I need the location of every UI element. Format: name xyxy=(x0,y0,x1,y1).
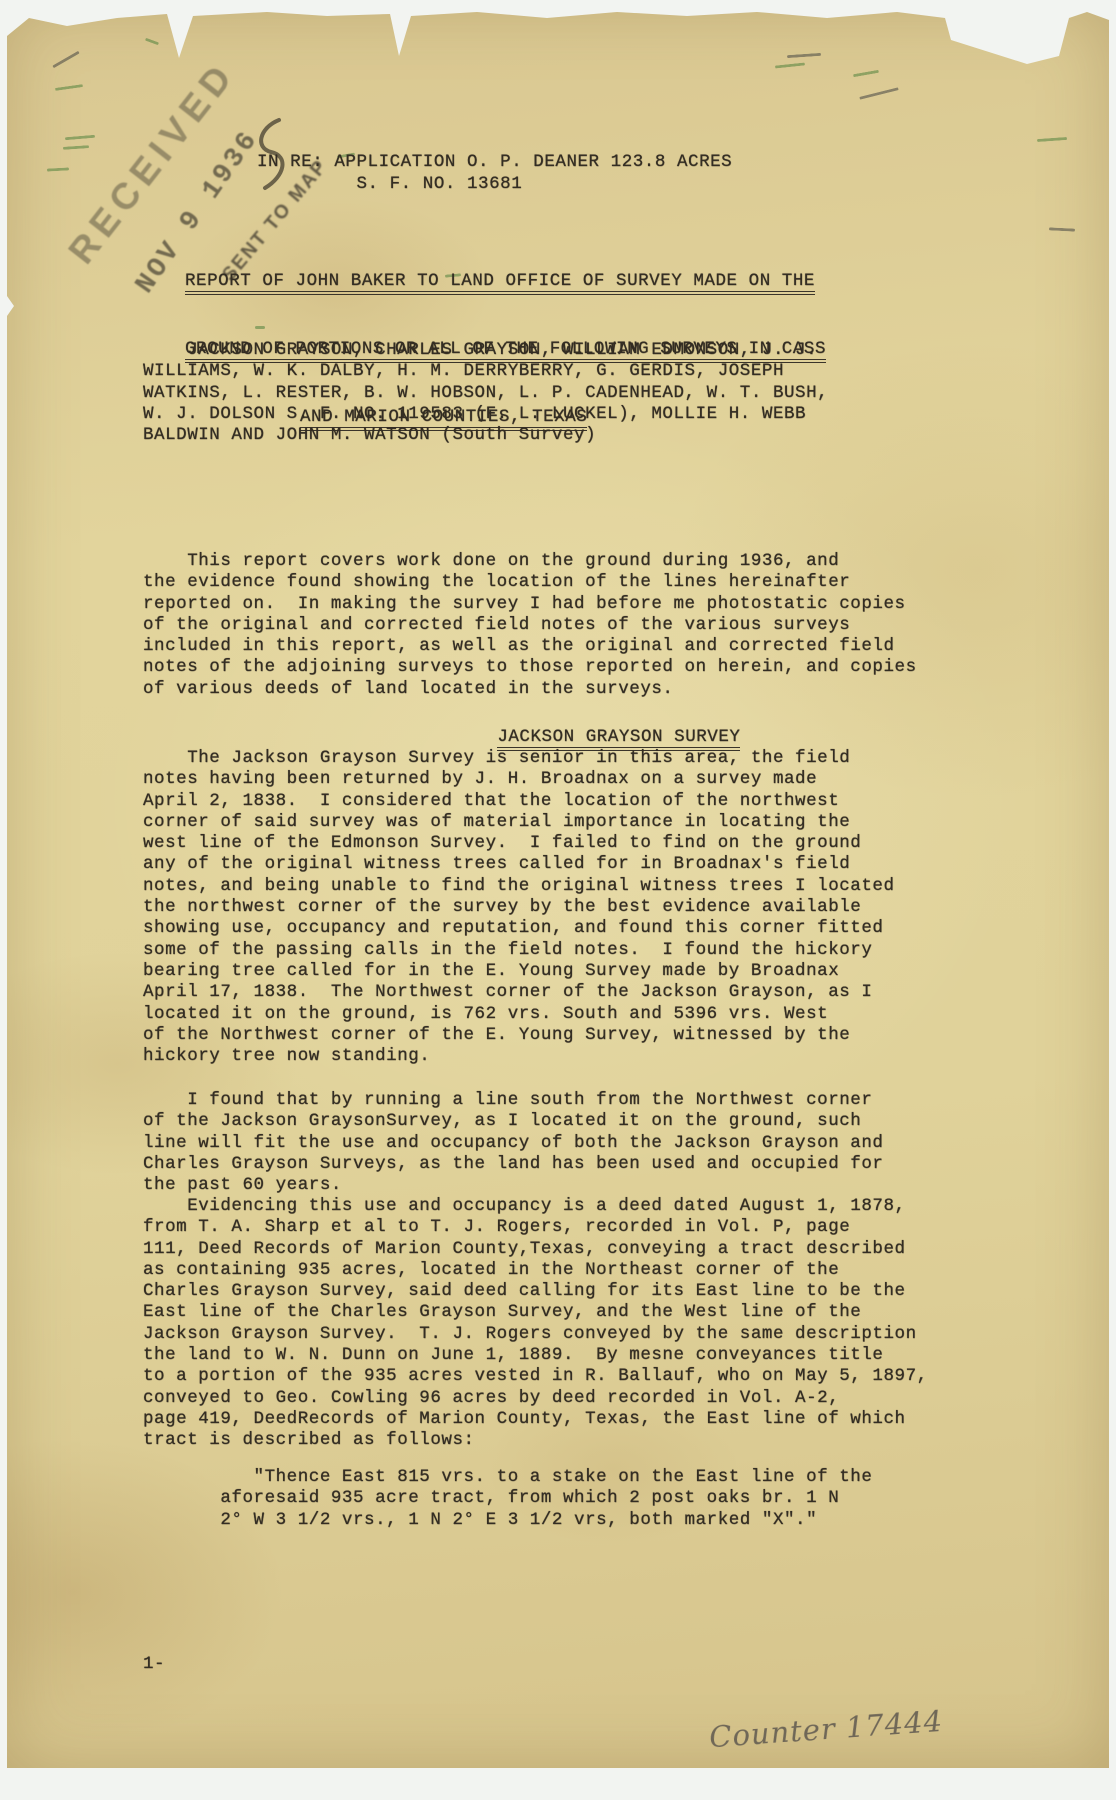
green-mark xyxy=(63,145,89,150)
paper-sheet: RECEIVED NOV 9 1936 SENT TO MAP IN RE: A… xyxy=(7,6,1109,1768)
handwritten-counter-note: Counter 17444 xyxy=(708,1704,944,1754)
scanned-document-page: RECEIVED NOV 9 1936 SENT TO MAP IN RE: A… xyxy=(0,0,1116,1800)
pencil-mark xyxy=(52,51,79,69)
green-mark xyxy=(145,38,159,46)
report-title-line1: REPORT OF JOHN BAKER TO LAND OFFICE OF S… xyxy=(185,271,815,295)
case-caption-line1: IN RE: APPLICATION O. P. DEANER 123.8 AC… xyxy=(257,152,732,173)
paragraph-deed-evidence: Evidencing this use and occupancy is a d… xyxy=(143,1196,928,1452)
pencil-mark xyxy=(859,87,899,100)
paragraph-line-south: I found that by running a line south fro… xyxy=(143,1090,883,1196)
green-mark xyxy=(65,135,95,141)
green-mark xyxy=(1037,137,1067,142)
paragraph-jackson-grayson: The Jackson Grayson Survey is senior in … xyxy=(143,748,895,1067)
case-caption-line2: S. F. NO. 13681 xyxy=(257,174,522,195)
green-mark xyxy=(47,167,69,171)
deed-quote: "Thence East 815 vrs. to a stake on the … xyxy=(143,1467,872,1531)
page-number: 1- xyxy=(143,1654,165,1675)
green-mark xyxy=(853,70,879,77)
paragraph-intro: This report covers work done on the grou… xyxy=(143,551,917,700)
pencil-mark xyxy=(1049,227,1075,231)
pencil-mark xyxy=(787,53,821,58)
survey-names-paragraph: JACKSON GRAYSON, CHARLES GRAYSON, WILLIA… xyxy=(143,340,828,446)
green-mark xyxy=(55,84,83,91)
green-mark xyxy=(775,62,805,68)
